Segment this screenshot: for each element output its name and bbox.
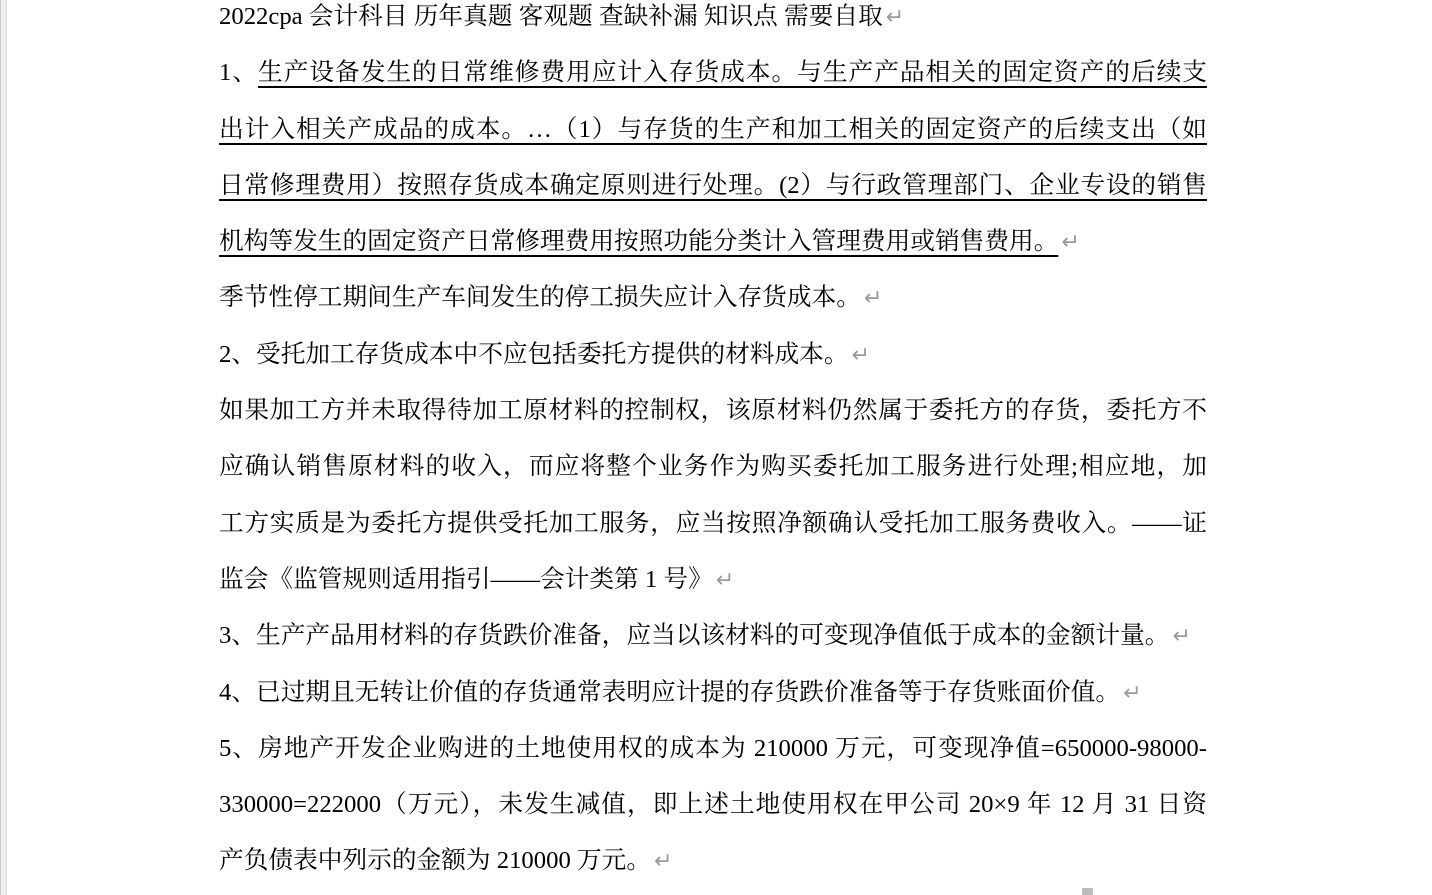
text-run: 应确认销售原材料的收入，而应将整个业务作为购买委托加工服务进行处理;相应地，加 (219, 453, 1207, 480)
text-run: 3、生产产品用材料的存货跌价准备，应当以该材料的可变现净值低于成本的金额计量。 (219, 622, 1169, 649)
text-line: 工方实质是为委托方提供受托加工服务，应当按照净额确认受托加工服务费收入。——证 (219, 496, 1207, 552)
paragraph-mark-icon: ↵ (1123, 681, 1141, 706)
text-line: 2022cpa 会计科目 历年真题 客观题 查缺补漏 知识点 需要自取↵ (219, 0, 1207, 45)
text-line: 4、已过期且无转让价值的存货通常表明应计提的存货跌价准备等于存货账面价值。↵ (219, 665, 1207, 721)
paragraph-mark-icon: ↵ (654, 849, 672, 874)
text-run: 如果加工方并未取得待加工原材料的控制权，该原材料仍然属于委托方的存货，委托方不 (219, 397, 1207, 424)
text-line: 330000=222000（万元），未发生减值，即上述土地使用权在甲公司 20×… (219, 777, 1207, 833)
text-line: 监会《监管规则适用指引——会计类第 1 号》↵ (219, 552, 1207, 608)
underlined-text: 出计入相关产成品的成本。…（1）与存货的生产和加工相关的固定资产的后续支出（如 (219, 116, 1207, 143)
text-run: 产负债表中列示的金额为 210000 万元。 (219, 847, 651, 874)
text-line: 日常修理费用）按照存货成本确定原则进行处理。(2）与行政管理部门、企业专设的销售 (219, 158, 1207, 214)
text-run: 5、房地产开发企业购进的土地使用权的成本为 210000 万元，可变现净值=65… (219, 735, 1207, 762)
text-line: 应确认销售原材料的收入，而应将整个业务作为购买委托加工服务进行处理;相应地，加 (219, 439, 1207, 495)
text-run: 2、受托加工存货成本中不应包括委托方提供的材料成本。 (219, 341, 849, 368)
text-line: 机构等发生的固定资产日常修理费用按照功能分类计入管理费用或销售费用。↵ (219, 214, 1207, 270)
text-run: 监会《监管规则适用指引——会计类第 1 号》 (219, 566, 713, 593)
text-line: 产负债表中列示的金额为 210000 万元。↵ (219, 833, 1207, 889)
scrollbar-thumb[interactable] (1082, 888, 1093, 895)
text-run: 工方实质是为委托方提供受托加工服务，应当按照净额确认受托加工服务费收入。——证 (219, 510, 1207, 537)
page-margin-edge (0, 0, 7, 895)
underlined-text: 生产设备发生的日常维修费用应计入存货成本。与生产产品相关的固定资产的后续支 (258, 59, 1207, 86)
paragraph-mark-icon: ↵ (1172, 624, 1190, 649)
text-run: 2022cpa 会计科目 历年真题 客观题 查缺补漏 知识点 需要自取 (219, 3, 883, 30)
paragraph-mark-icon: ↵ (864, 286, 882, 311)
text-run: 4、已过期且无转让价值的存货通常表明应计提的存货跌价准备等于存货账面价值。 (219, 679, 1120, 706)
paragraph-mark-icon: ↵ (886, 5, 904, 30)
paragraph-mark-icon: ↵ (852, 343, 870, 368)
paragraph-mark-icon: ↵ (1061, 230, 1079, 255)
underlined-text: 日常修理费用）按照存货成本确定原则进行处理。(2）与行政管理部门、企业专设的销售 (219, 172, 1207, 199)
underlined-text: 机构等发生的固定资产日常修理费用按照功能分类计入管理费用或销售费用。 (219, 228, 1058, 255)
text-line: 如果加工方并未取得待加工原材料的控制权，该原材料仍然属于委托方的存货，委托方不 (219, 383, 1207, 439)
document-page: 2022cpa 会计科目 历年真题 客观题 查缺补漏 知识点 需要自取↵1、生产… (0, 0, 1432, 895)
text-line: 3、生产产品用材料的存货跌价准备，应当以该材料的可变现净值低于成本的金额计量。↵ (219, 608, 1207, 664)
text-line: 1、生产设备发生的日常维修费用应计入存货成本。与生产产品相关的固定资产的后续支 (219, 45, 1207, 101)
text-area: 2022cpa 会计科目 历年真题 客观题 查缺补漏 知识点 需要自取↵1、生产… (219, 0, 1207, 890)
text-run: 季节性停工期间生产车间发生的停工损失应计入存货成本。 (219, 284, 861, 311)
text-line: 出计入相关产成品的成本。…（1）与存货的生产和加工相关的固定资产的后续支出（如 (219, 102, 1207, 158)
text-run: 1、 (219, 59, 258, 86)
paragraph-mark-icon: ↵ (716, 568, 734, 593)
text-line: 2、受托加工存货成本中不应包括委托方提供的材料成本。↵ (219, 327, 1207, 383)
text-run: 330000=222000（万元），未发生减值，即上述土地使用权在甲公司 20×… (219, 791, 1207, 818)
text-line: 5、房地产开发企业购进的土地使用权的成本为 210000 万元，可变现净值=65… (219, 721, 1207, 777)
text-line: 季节性停工期间生产车间发生的停工损失应计入存货成本。↵ (219, 270, 1207, 326)
